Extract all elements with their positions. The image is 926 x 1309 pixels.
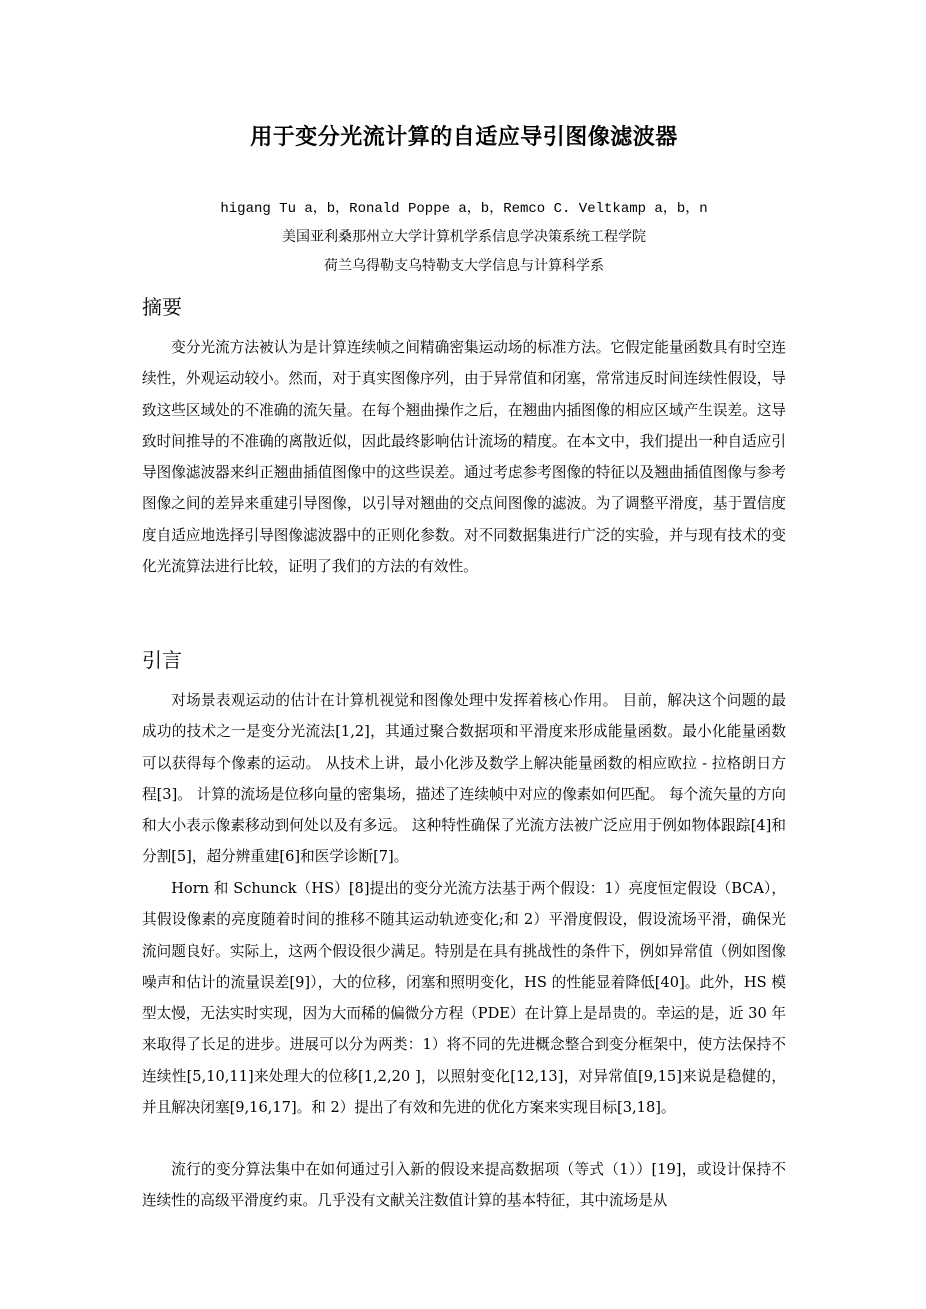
abstract-paragraph: 变分光流方法被认为是计算连续帧之间精确密集运动场的标准方法。它假定能量函数具有时…	[142, 332, 786, 582]
intro-paragraph-3: 流行的变分算法集中在如何通过引入新的假设来提高数据项（等式（1））[19]，或设…	[142, 1154, 786, 1217]
intro-paragraph-2: Horn 和 Schunck（HS）[8]提出的变分光流方法基于两个假设：1）亮…	[142, 873, 786, 1123]
intro-paragraph-1: 对场景表观运动的估计在计算机视觉和图像处理中发挥着核心作用。 目前，解决这个问题…	[142, 685, 786, 873]
introduction-heading: 引言	[142, 646, 182, 674]
affiliation-1: 美国亚利桑那州立大学计算机学系信息学决策系统工程学院	[142, 225, 786, 249]
paper-title: 用于变分光流计算的自适应导引图像滤波器	[142, 122, 786, 154]
author-list: higang Tu a，b，Ronald Poppe a，b，Remco C. …	[142, 197, 786, 221]
abstract-heading: 摘要	[142, 293, 182, 321]
affiliation-2: 荷兰乌得勒支乌特勒支大学信息与计算科学系	[142, 254, 786, 278]
